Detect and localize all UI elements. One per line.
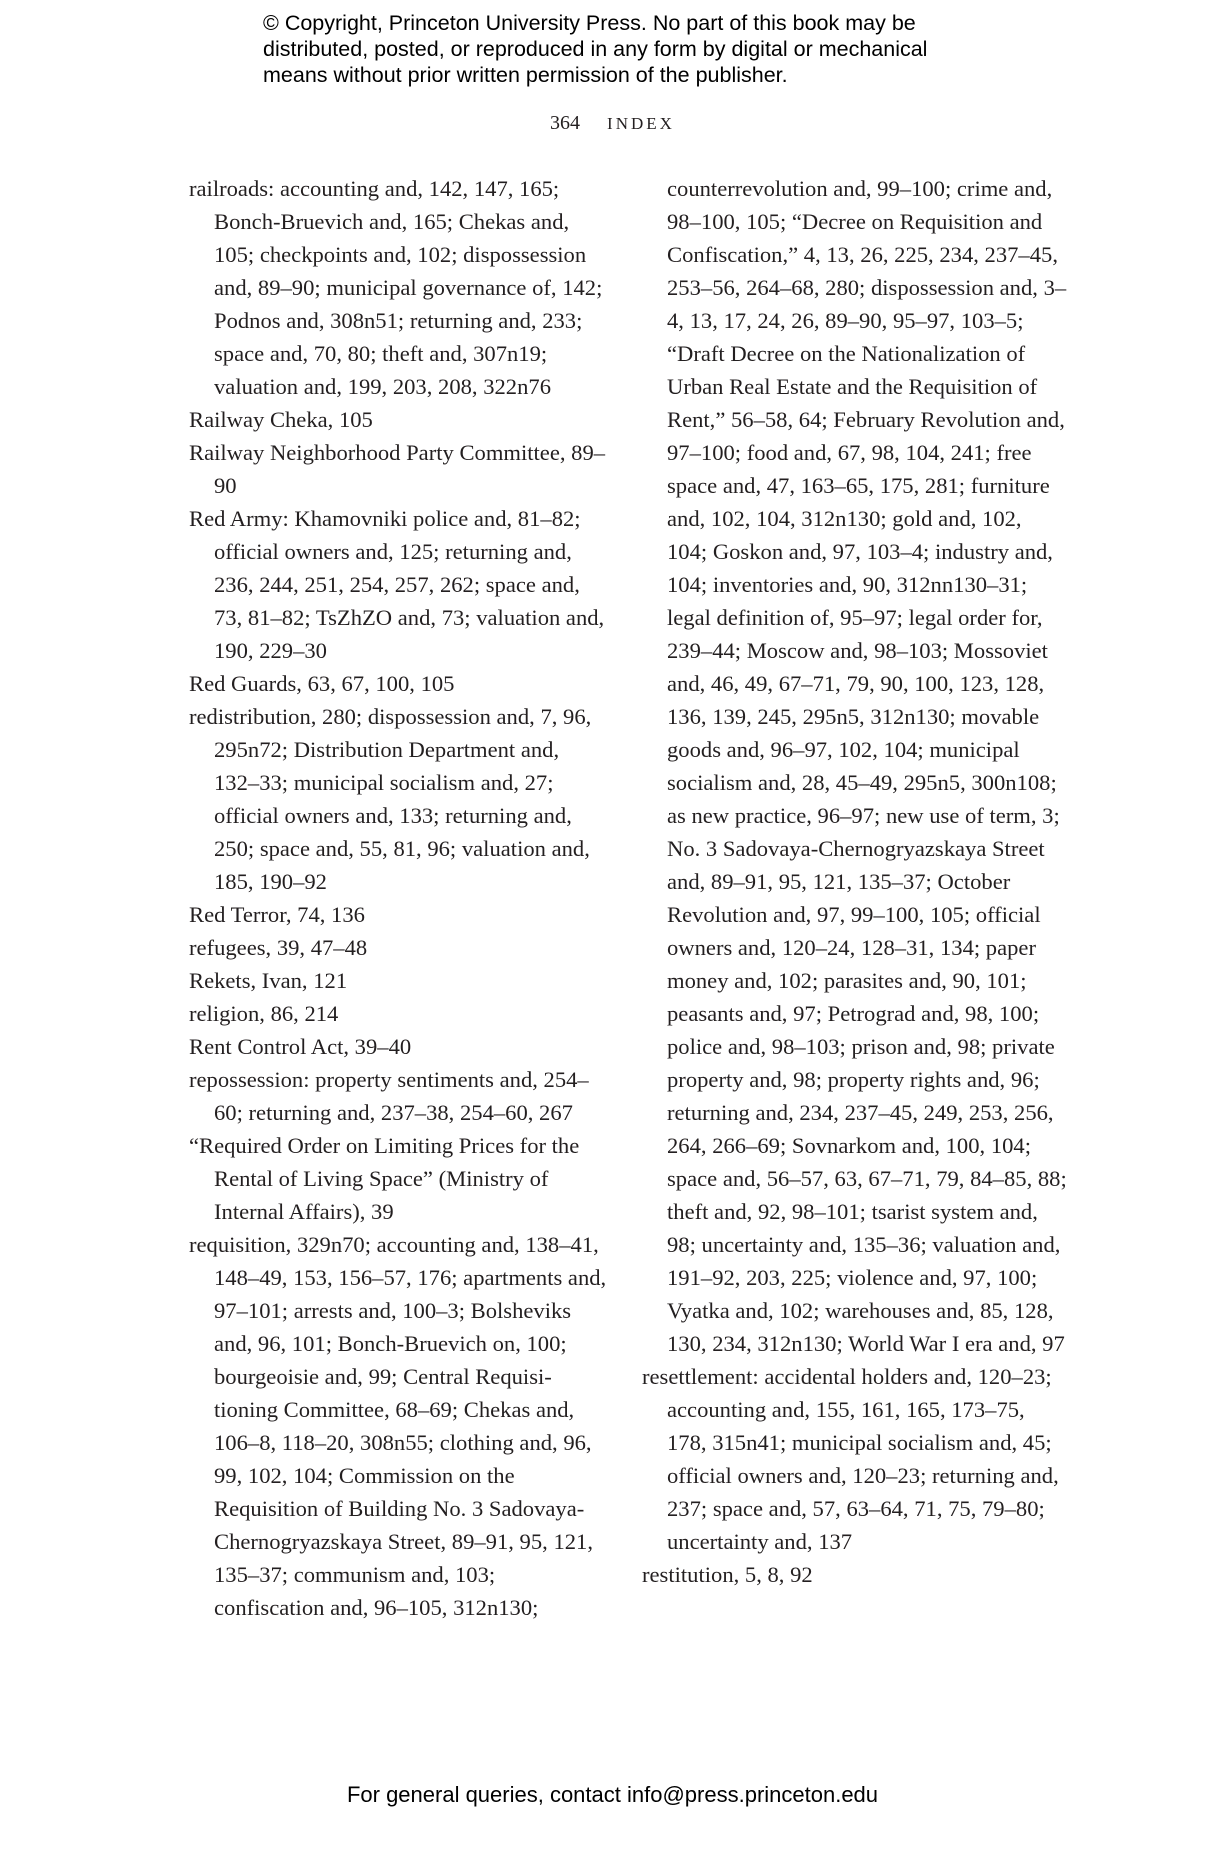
running-head: 364 INDEX	[0, 112, 1225, 135]
copyright-notice: © Copyright, Princeton University Press.…	[263, 10, 983, 88]
index-entry: Rekets, Ivan, 121	[189, 964, 609, 997]
index-entry-continuation: counterrevolution and, 99–100; crime and…	[642, 172, 1067, 1360]
contact-footer: For general queries, contact info@press.…	[0, 1782, 1225, 1808]
index-entry: Red Army: Khamovniki police and, 81–82; …	[189, 502, 609, 667]
index-entry: Railway Neighborhood Party Committee, 89…	[189, 436, 609, 502]
section-title: INDEX	[607, 114, 675, 133]
index-entry: Rent Control Act, 39–40	[189, 1030, 609, 1063]
index-entry: railroads: accounting and, 142, 147, 165…	[189, 172, 609, 403]
index-column-left: railroads: accounting and, 142, 147, 165…	[189, 172, 609, 1624]
index-column-right: counterrevolution and, 99–100; crime and…	[642, 172, 1067, 1591]
index-entry: requisition, 329n70; accounting and, 138…	[189, 1228, 609, 1624]
index-entry: redistribution, 280; dispossession and, …	[189, 700, 609, 898]
index-entry: repossession: property sentiments and, 2…	[189, 1063, 609, 1129]
index-entry: “Required Order on Limiting Prices for t…	[189, 1129, 609, 1228]
index-entry: Railway Cheka, 105	[189, 403, 609, 436]
copyright-line: © Copyright, Princeton University Press.…	[263, 10, 983, 36]
index-entry: refugees, 39, 47–48	[189, 931, 609, 964]
index-entry: Red Terror, 74, 136	[189, 898, 609, 931]
index-entry: religion, 86, 214	[189, 997, 609, 1030]
copyright-line: means without prior written permission o…	[263, 62, 983, 88]
index-entry: restitution, 5, 8, 92	[642, 1558, 1067, 1591]
page-number: 364	[550, 112, 580, 134]
index-entry: resettlement: accidental holders and, 12…	[642, 1360, 1067, 1558]
copyright-line: distributed, posted, or reproduced in an…	[263, 36, 983, 62]
index-entry: Red Guards, 63, 67, 100, 105	[189, 667, 609, 700]
